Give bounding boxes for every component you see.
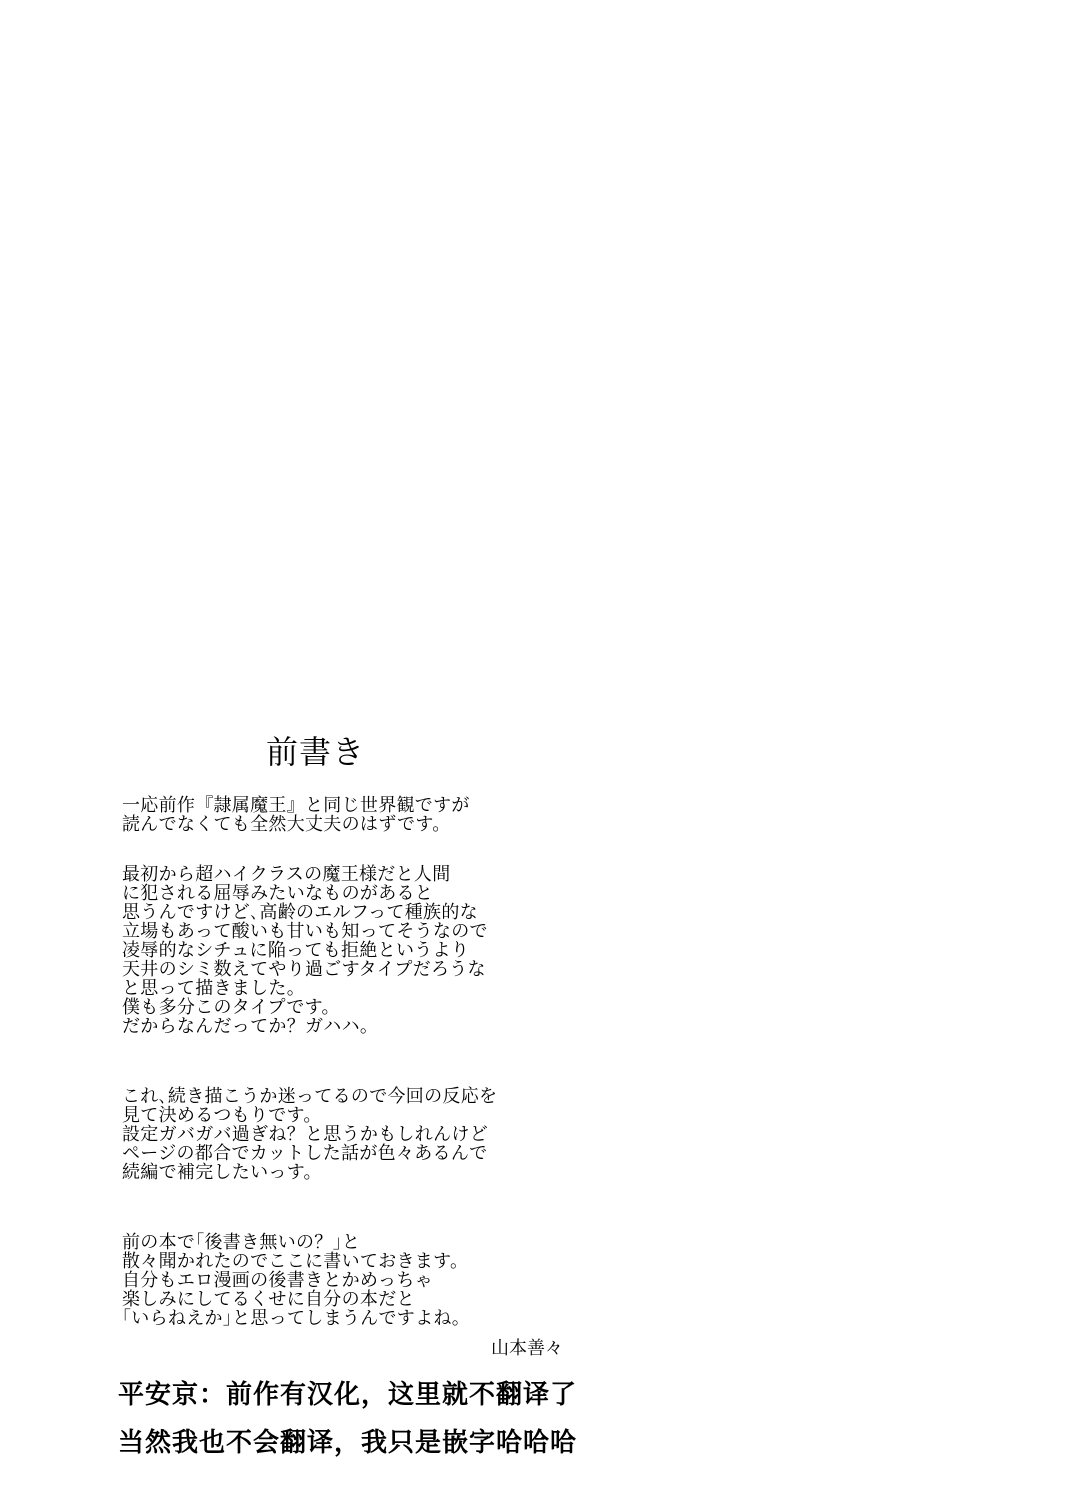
- text-line: と思って描きました。: [122, 978, 305, 999]
- text-line: これ､続き描こうか迷ってるので今回の反応を: [122, 1086, 497, 1107]
- text-line: だからなんだってか？ガハハ。: [122, 1016, 378, 1037]
- text-line: ｢いらねえか｣と思ってしまうんですよね。: [122, 1308, 470, 1329]
- paragraph-3: これ､続き描こうか迷ってるので今回の反応を 見て決めるつもりです。 設定ガバガバ…: [122, 1087, 497, 1182]
- page-title: 前書き: [266, 732, 365, 772]
- text-line: 最初から超ハイクラスの魔王様だと人間: [122, 864, 451, 885]
- text-line: ページの都合でカットした話が色々あるんで: [122, 1143, 487, 1164]
- text-line: 楽しみにしてるくせに自分の本だと: [122, 1289, 415, 1310]
- text-line: 自分もエロ漫画の後書きとかめっちゃ: [122, 1270, 433, 1291]
- text-line: に犯される屈辱みたいなものがあると: [122, 883, 433, 904]
- paragraph-1: 一応前作『隷属魔王』と同じ世界観ですが 読んでなくても全然大丈夫のはずです。: [122, 796, 470, 834]
- paragraph-2: 最初から超ハイクラスの魔王様だと人間 に犯される屈辱みたいなものがあると 思うん…: [122, 865, 488, 1036]
- text-line: 読んでなくても全然大丈夫のはずです。: [122, 814, 451, 835]
- paragraph-4: 前の本で｢後書き無いの？｣と 散々聞かれたのでここに書いておきます。 自分もエロ…: [122, 1233, 470, 1328]
- text-line: 設定ガバガバ過ぎね？と思うかもしれんけど: [122, 1124, 488, 1145]
- text-line: 思うんですけど､高齢のエルフって種族的な: [122, 902, 478, 923]
- text-line: 立場もあって酸いも甘いも知ってそうなので: [122, 921, 488, 942]
- text-line: 散々聞かれたのでここに書いておきます。: [122, 1251, 468, 1272]
- text-line: 見て決めるつもりです。: [122, 1105, 322, 1126]
- text-line: 続編で補完したいっす。: [122, 1162, 322, 1183]
- author-signature: 山本善々: [491, 1338, 563, 1360]
- text-line: 凌辱的なシチュに陥っても拒絶というより: [122, 940, 469, 961]
- text-line: 天井のシミ数えてやり過ごすタイプだろうな: [122, 959, 486, 980]
- text-line: 一応前作『隷属魔王』と同じ世界観ですが: [122, 795, 470, 816]
- translator-note-line: 当然我也不会翻译，我只是嵌字哈哈哈: [118, 1426, 577, 1460]
- text-line: 前の本で｢後書き無いの？｣と: [122, 1232, 360, 1253]
- translator-note-line: 平安京：前作有汉化，这里就不翻译了: [118, 1378, 577, 1412]
- text-line: 僕も多分このタイプです。: [122, 997, 340, 1018]
